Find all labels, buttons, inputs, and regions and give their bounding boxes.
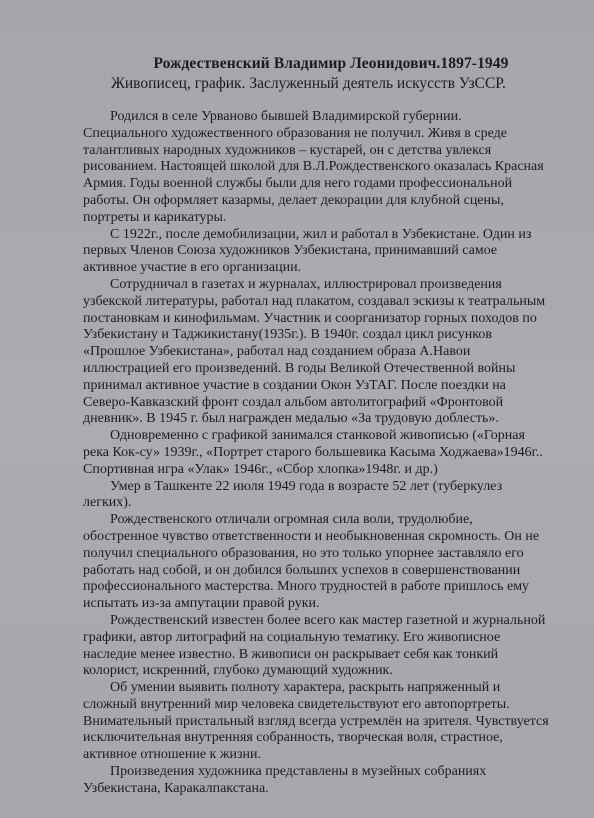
text-line: активное отношение к жизни. [83, 747, 563, 764]
text-line: исключительная внутренняя собранность, т… [83, 730, 563, 747]
text-line: Узбекистана, Каракалпакстана. [83, 781, 563, 798]
text-line: Умер в Ташкенте 22 июля 1949 года в возр… [83, 479, 563, 496]
text-line: портреты и карикатуры. [83, 210, 563, 227]
text-line: Родился в селе Урваново бывшей Владимирс… [83, 109, 563, 126]
text-line: Об умении выявить полноту характера, рас… [83, 680, 563, 697]
paragraph-reputation: Рождественский известен более всего как … [83, 613, 563, 680]
document-body: Родился в селе Урваново бывшей Владимирс… [83, 109, 563, 798]
paragraph-painting: Одновременно с графикой занимался станко… [83, 428, 563, 478]
text-line: талантливых народных художников – кустар… [83, 143, 563, 160]
text-line: постановкам и кинофильмам. Участник и со… [83, 311, 563, 328]
text-line: колорист, искренний, глубоко думающий ху… [83, 663, 563, 680]
paragraph-death: Умер в Ташкенте 22 июля 1949 года в возр… [83, 479, 563, 513]
text-line: иллюстрацией его произведений. В годы Ве… [83, 361, 563, 378]
text-line: первых Членов Союза художников Узбекиста… [83, 243, 563, 260]
text-line: Узбекистану и Таджикистану(1935г.). В 19… [83, 327, 563, 344]
document-subtitle: Живописец, график. Заслуженный деятель и… [111, 75, 506, 93]
text-line: рисованием. Настоящей школой для В.Л.Рож… [83, 159, 563, 176]
text-line: испытать из-за ампутации правой руки. [83, 596, 563, 613]
text-line: Спортивная игра «Улак» 1946г., «Сбор хло… [83, 462, 563, 479]
text-line: обостренное чувство ответственности и не… [83, 529, 563, 546]
text-line: узбекской литературы, работал над плакат… [83, 294, 563, 311]
text-line: наследие менее известно. В живописи он р… [83, 647, 563, 664]
text-line: активное участие в его организации. [83, 260, 563, 277]
text-line: С 1922г., после демобилизации, жил и раб… [83, 227, 563, 244]
paragraph-collections: Произведения художника представлены в му… [83, 764, 563, 798]
text-line: Рождественский известен более всего как … [83, 613, 563, 630]
paragraph-self-portraits: Об умении выявить полноту характера, рас… [83, 680, 563, 764]
text-line: Армия. Годы военной службы были для него… [83, 176, 563, 193]
text-line: дневник». В 1945 г. был награжден медаль… [83, 411, 563, 428]
text-line: сложный внутренний мир человека свидетел… [83, 697, 563, 714]
paragraph-graphics-work: Сотрудничал в газетах и журналах, иллюст… [83, 277, 563, 428]
text-line: Произведения художника представлены в му… [83, 764, 563, 781]
text-line: графики, автор литографий на социальную … [83, 630, 563, 647]
text-line: река Кок-су» 1939г., «Портрет старого бо… [83, 445, 563, 462]
text-line: работы. Он оформляет казармы, делает дек… [83, 193, 563, 210]
text-line: легких). [83, 495, 563, 512]
document-title: Рождественский Владимир Леонидович.1897-… [0, 55, 594, 73]
text-line: принимал активное участие в создании Око… [83, 378, 563, 395]
paragraph-birth: Родился в селе Урваново бывшей Владимирс… [83, 109, 563, 227]
paragraph-uzbekistan: С 1922г., после демобилизации, жил и раб… [83, 227, 563, 277]
text-line: Внимательный пристальный взгляд всегда у… [83, 714, 563, 731]
text-line: работать над собой, и он добился больших… [83, 563, 563, 580]
text-line: Специального художественного образования… [83, 126, 563, 143]
text-line: Рождественского отличали огромная сила в… [83, 512, 563, 529]
paragraph-character: Рождественского отличали огромная сила в… [83, 512, 563, 613]
text-line: профессионального мастерства. Много труд… [83, 579, 563, 596]
text-line: Сотрудничал в газетах и журналах, иллюст… [83, 277, 563, 294]
text-line: Северо-Кавказский фронт создал альбом ав… [83, 395, 563, 412]
document-page: Рождественский Владимир Леонидович.1897-… [0, 0, 594, 818]
text-line: «Прошлое Узбекистана», работал над созда… [83, 344, 563, 361]
text-line: Одновременно с графикой занимался станко… [83, 428, 563, 445]
text-line: получил специального образования, но это… [83, 546, 563, 563]
